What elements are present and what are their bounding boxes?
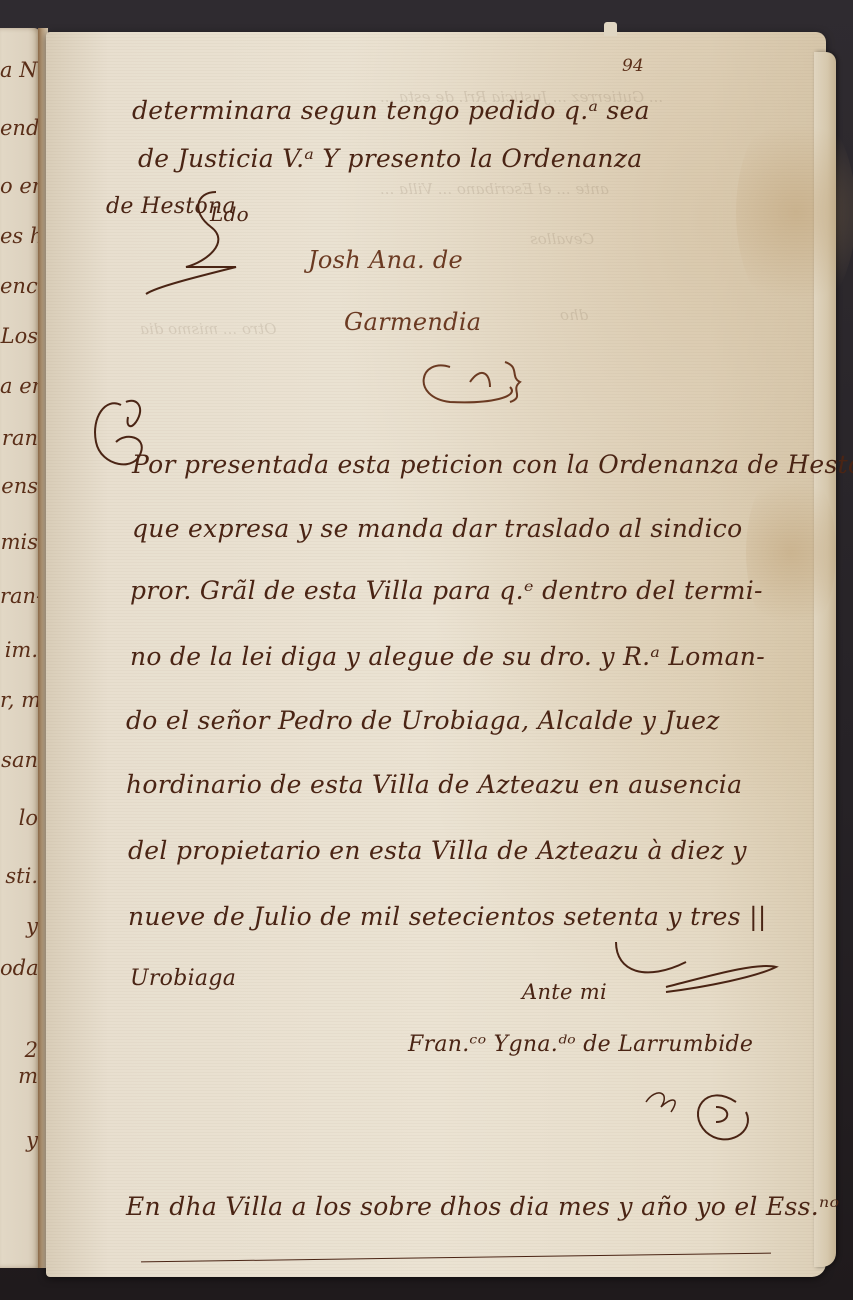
decree-line: do el señor Pedro de Urobiaga, Alcalde y… xyxy=(126,706,720,735)
notary-signature: Fran.ᶜᵒ Ygna.ᵈᵒ de Larrumbide xyxy=(408,1032,753,1057)
bleed-through-text: Otro ... mismo dia xyxy=(140,320,276,338)
left-fragment: im. xyxy=(0,638,40,662)
petitioner-signature-surname: Garmendia xyxy=(344,308,481,336)
bleed-through-text: ante ... el Escribano ... Villa ... xyxy=(380,180,609,198)
bleed-through-text: Cevallos xyxy=(530,230,594,248)
petition-line: de Justicia V.ᵃ Y presento la Ordenanza xyxy=(138,144,643,173)
decree-line: Por presentada esta peticion con la Orde… xyxy=(132,450,853,479)
decree-line: del propietario en esta Villa de Azteazu… xyxy=(128,836,747,865)
signature-bracket-flourish xyxy=(136,182,336,302)
folio-number: 94 xyxy=(622,56,644,76)
margin-signature-urobiaga: Urobiaga xyxy=(130,966,236,991)
water-stain xyxy=(746,462,836,642)
closing-line: En dha Villa a los sobre dhos dia mes y … xyxy=(126,1192,839,1221)
attestation-ante-mi: Ante mi xyxy=(522,980,607,1004)
left-fragment: es hu xyxy=(0,224,40,248)
petitioner-signature-first: Josh Ana. de xyxy=(308,246,463,274)
decree-line: nueve de Julio de mil setecientos setent… xyxy=(128,902,767,931)
left-fragment: oda xyxy=(0,956,40,980)
left-fragment: Los xyxy=(0,324,40,348)
left-fragment: a em xyxy=(0,374,40,398)
left-fragment: ran xyxy=(0,426,40,450)
decree-line: que expresa y se manda dar traslado al s… xyxy=(132,514,742,543)
left-fragment: mis xyxy=(0,530,40,554)
left-fragment: r, m xyxy=(0,688,40,712)
left-fragment: san xyxy=(0,748,40,772)
decree-line: no de la lei diga y alegue de su dro. y … xyxy=(130,642,765,671)
notary-rubric xyxy=(646,1072,766,1152)
left-fragment: y xyxy=(0,914,40,938)
left-fragment: enci. xyxy=(0,274,40,298)
manuscript-page: ... Gutierrez ... Justicia Rrl. de esta … xyxy=(46,32,826,1277)
left-fragment: 2 xyxy=(0,1038,40,1062)
left-fragment: ens xyxy=(0,474,40,498)
left-fragment: y xyxy=(0,1128,40,1152)
left-fragment: lo xyxy=(0,806,40,830)
decree-line: hordinario de esta Villa de Azteazu en a… xyxy=(126,770,742,799)
flourish-stroke xyxy=(606,932,806,1012)
decree-line: pror. Grãl de esta Villa para q.ᵉ dentro… xyxy=(130,576,763,605)
water-stain xyxy=(736,102,853,322)
left-fragment: ran- xyxy=(0,584,40,608)
bottom-rule-line xyxy=(141,1253,771,1263)
left-fragment: o en xyxy=(0,174,40,198)
left-fragment: sti. xyxy=(0,864,40,888)
left-page-edge: a Nt. endi. o en es hu enci. Los a em ra… xyxy=(0,28,40,1268)
signature-rubric xyxy=(410,342,530,412)
signature-lbdo: Ldo xyxy=(210,202,249,226)
petition-line: determinara segun tengo pedido q.ᵃ sea xyxy=(132,96,650,125)
bleed-through-text: dho xyxy=(560,306,588,324)
left-fragment: a Nt. xyxy=(0,58,40,82)
left-fragment: m xyxy=(0,1064,40,1088)
left-fragment: endi. xyxy=(0,116,40,140)
paper-tab xyxy=(604,22,617,36)
